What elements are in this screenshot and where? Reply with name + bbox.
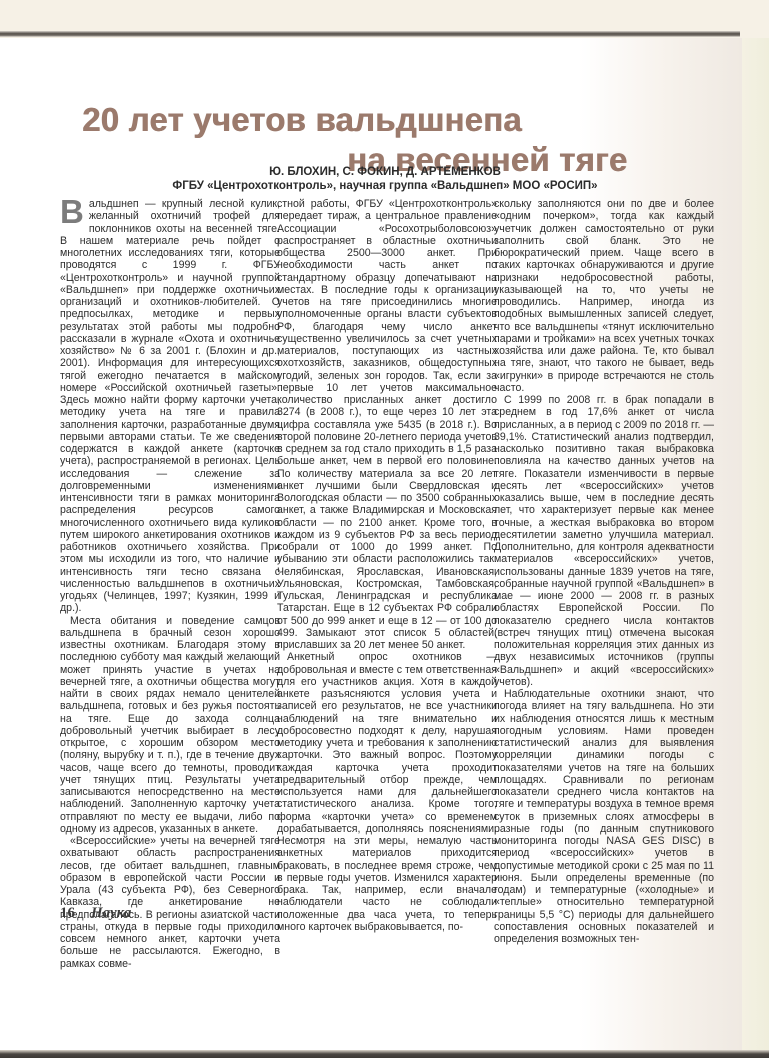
paragraph: Вальдшнеп — крупный лесной кулик, желанн… bbox=[60, 198, 280, 615]
paragraph: Наблюдательные охотники знают, что погод… bbox=[494, 688, 714, 945]
page-footer: 16Наука bbox=[60, 905, 131, 922]
text-column-1: Вальдшнеп — крупный лесной кулик, желанн… bbox=[60, 198, 280, 970]
paragraph: Места обитания и поведение самцов вальдш… bbox=[60, 615, 280, 836]
scan-edge-top bbox=[0, 31, 740, 37]
paragraph: С 1999 по 2008 гг. в брак попадали в сре… bbox=[494, 394, 714, 688]
paragraph-text: альдшнеп — крупный лесной кулик, желанны… bbox=[60, 198, 280, 614]
drop-cap: В bbox=[60, 199, 84, 225]
scan-edge-bottom bbox=[0, 1050, 769, 1058]
paragraph: «Всероссийские» учеты на вечерней тяге о… bbox=[60, 835, 280, 970]
text-column-3: скольку заполняются они по две и более «… bbox=[494, 198, 714, 945]
title-line-1: 20 лет учетов вальдшнепа bbox=[82, 101, 522, 138]
paragraph: Анкетный опрос охотников — добровольная … bbox=[277, 651, 497, 933]
paragraph: скольку заполняются они по две и более «… bbox=[494, 198, 714, 394]
section-name: Наука bbox=[91, 905, 131, 921]
page-number: 16 bbox=[60, 905, 75, 921]
scan-edge-right bbox=[742, 38, 769, 1050]
text-column-2: стной работы, ФГБУ «Центрохотконтроль» п… bbox=[277, 198, 497, 933]
paragraph: стной работы, ФГБУ «Центрохотконтроль» п… bbox=[277, 198, 497, 651]
byline: Ю. БЛОХИН, С. ФОКИН, Д. АРТЕМЕНКОВ ФГБУ … bbox=[60, 165, 710, 193]
authors: Ю. БЛОХИН, С. ФОКИН, Д. АРТЕМЕНКОВ bbox=[60, 165, 710, 179]
affiliation: ФГБУ «Центрохотконтроль», научная группа… bbox=[60, 179, 710, 193]
